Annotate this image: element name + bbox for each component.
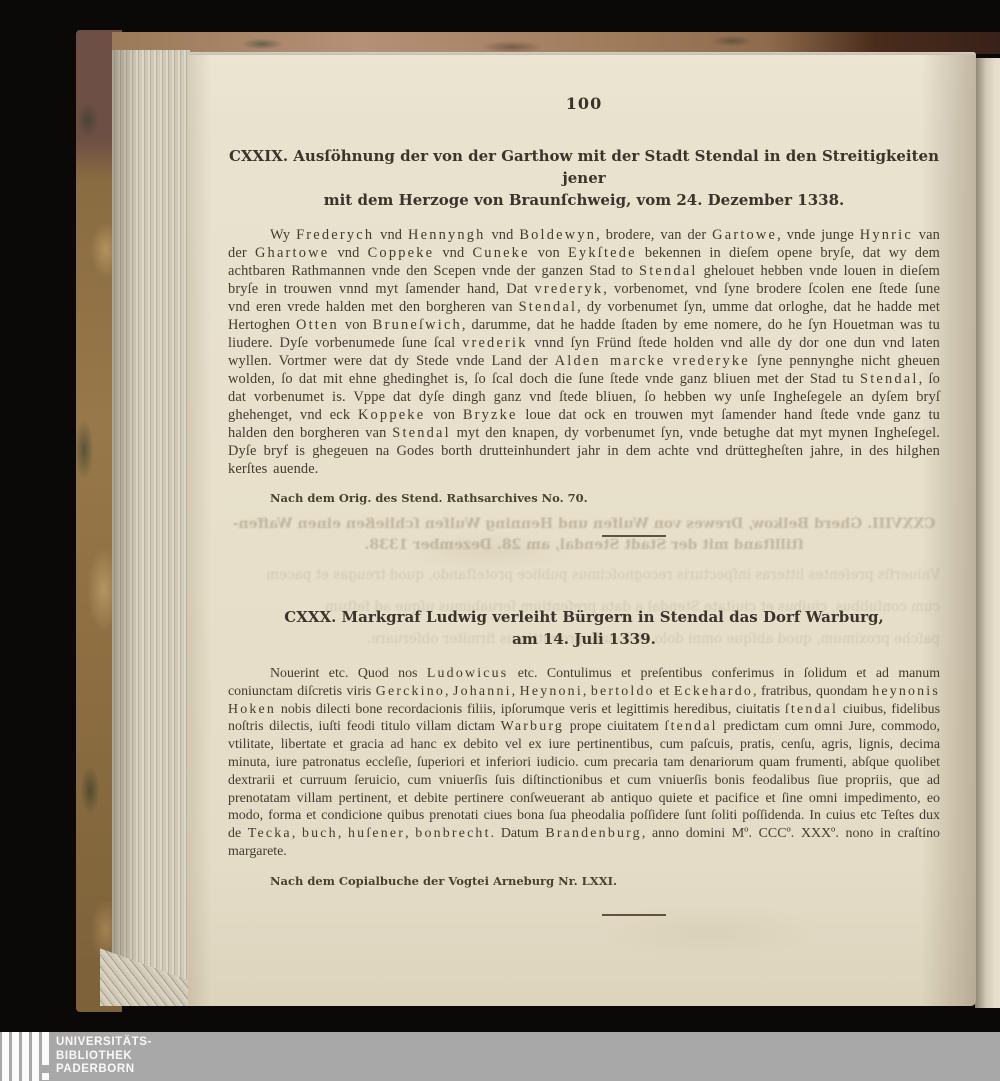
digitized-book-photo: { "colors": { "backdrop": "#0b0908", "pa… xyxy=(0,0,1000,1081)
source-note: Nach dem Copialbuche der Vogtei Arneburg… xyxy=(270,874,940,888)
document-heading-line: CXXIX. Ausſöhnung der von der Garthow mi… xyxy=(228,145,940,189)
separator-rule xyxy=(602,914,666,916)
showthrough-body-line: Vniuerſis preſentes litteras inſpecturis… xyxy=(228,562,940,588)
library-logo-bar-icon xyxy=(42,1032,49,1065)
library-logo-bar-icon xyxy=(12,1032,19,1081)
showthrough-heading-line: ſtillſtand mit der Stadt Stendal, am 28.… xyxy=(228,535,940,556)
library-logo-dot-icon xyxy=(42,1073,49,1080)
library-name-line: UNIVERSITÄTS- xyxy=(56,1036,152,1050)
marbled-top-edge xyxy=(112,32,1000,54)
page-text-block: 100 CXXVIII. Gherd Belkow, Drewes von Wu… xyxy=(228,52,940,1006)
library-name: UNIVERSITÄTS- BIBLIOTHEK PADERBORN xyxy=(56,1036,152,1077)
document-heading-line: mit dem Herzoge von Braunſchweig, vom 24… xyxy=(228,189,940,211)
document-heading: CXXX. Markgraf Ludwig verleiht Bürgern i… xyxy=(228,606,940,650)
library-name-line: BIBLIOTHEK xyxy=(56,1050,152,1064)
page-number: 100 xyxy=(228,94,940,113)
separator-rule xyxy=(602,535,666,537)
document-heading-line: am 14. Juli 1339. xyxy=(228,628,940,650)
library-watermark-bar: UNIVERSITÄTS- BIBLIOTHEK PADERBORN xyxy=(0,1032,1000,1081)
document-body: Wy Frederych vnd Hennyngh vnd Boldewyn, … xyxy=(228,226,940,478)
library-logo-bar-icon xyxy=(32,1032,39,1081)
document-cxxix: CXXIX. Ausſöhnung der von der Garthow mi… xyxy=(228,145,940,537)
document-heading-line: CXXX. Markgraf Ludwig verleiht Bürgern i… xyxy=(228,606,940,628)
library-name-line: PADERBORN xyxy=(56,1063,152,1077)
library-logo-bar-icon xyxy=(22,1032,29,1081)
facing-page-sliver xyxy=(975,58,1000,1008)
document-heading: CXXIX. Ausſöhnung der von der Garthow mi… xyxy=(228,145,940,211)
page-stack-edges xyxy=(112,50,190,1002)
library-logo-bar-icon xyxy=(2,1032,9,1081)
source-note: Nach dem Orig. des Stend. Rathsarchives … xyxy=(270,491,940,505)
document-body: Nouerint etc. Quod nos Ludowicus etc. Co… xyxy=(228,665,940,861)
document-cxxx: CXXX. Markgraf Ludwig verleiht Bürgern i… xyxy=(228,606,940,916)
book-page: 100 CXXVIII. Gherd Belkow, Drewes von Wu… xyxy=(188,52,976,1006)
